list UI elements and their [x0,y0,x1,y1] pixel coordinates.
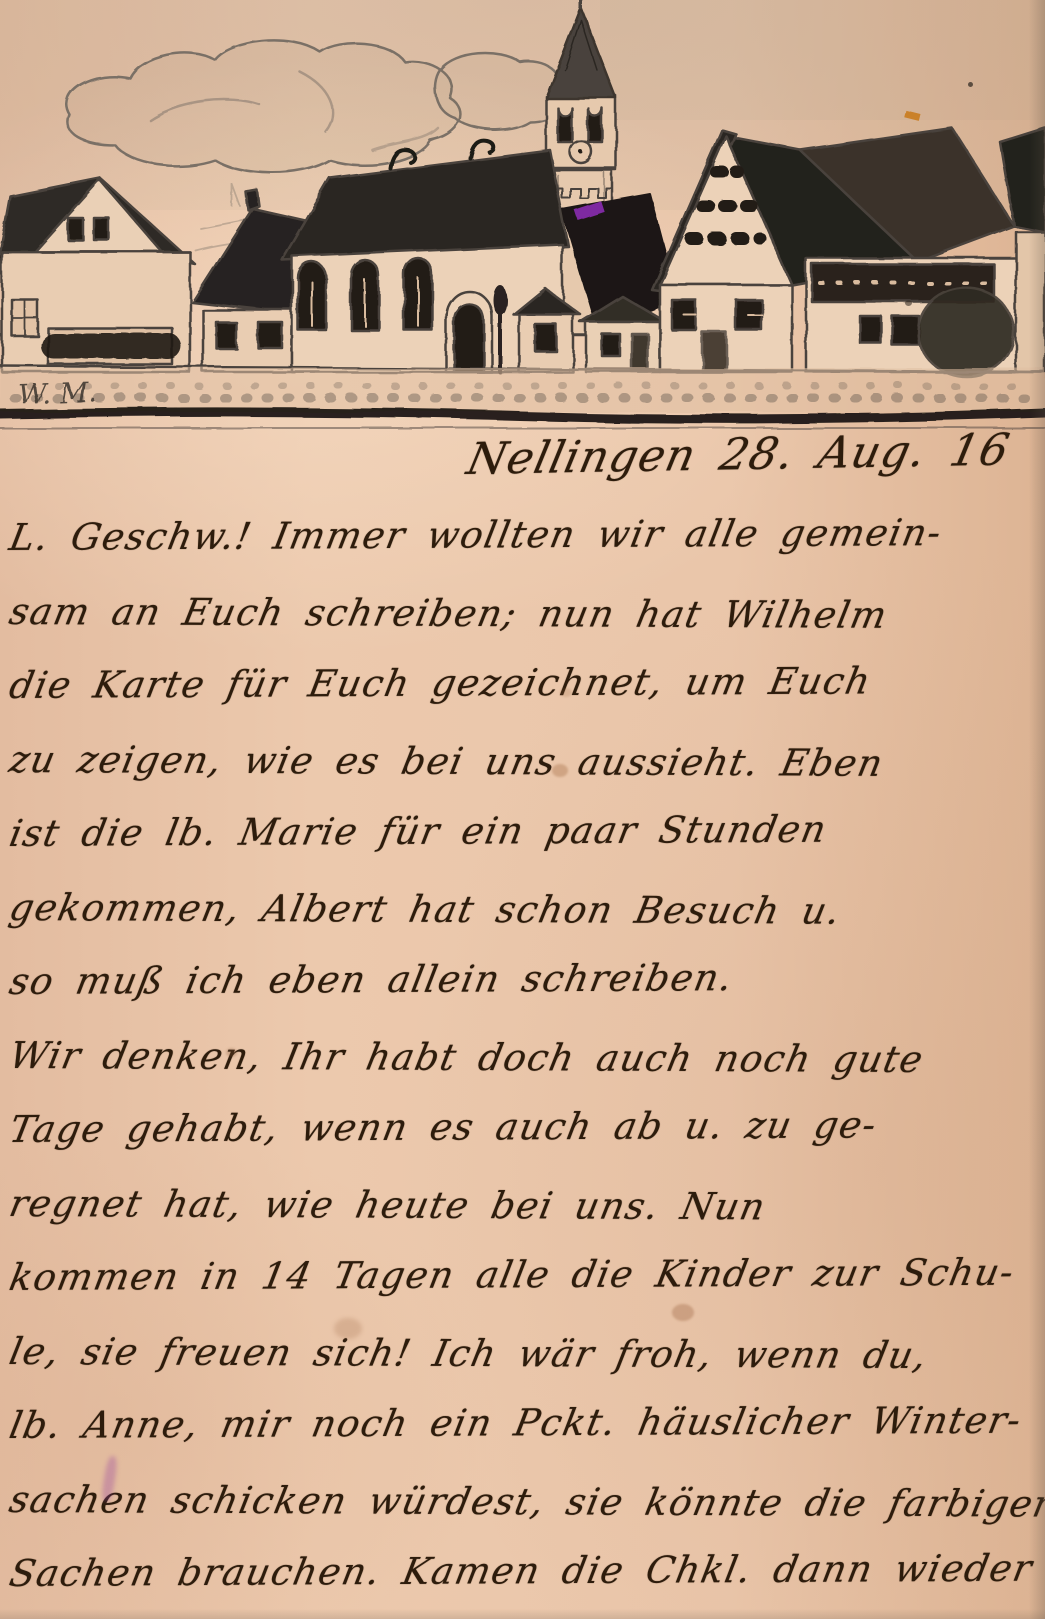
handwriting-line: sachen schicken würdest, sie könnte die … [6,1478,1039,1527]
handwriting-line: Tage gehabt, wenn es auch ab u. zu ge- [6,1103,1040,1153]
handwriting-line: ist die lb. Marie für ein paar Stunden [6,807,1040,857]
letter-body: L. Geschw.! Immer wollten wir alle gemei… [0,0,1045,1619]
handwriting-line: lb. Anne, mir noch ein Pckt. häuslicher … [6,1399,1040,1449]
handwriting-line: Sachen brauchen. Kamen die Chkl. dann wi… [6,1547,1040,1597]
handwriting-line: die Karte für Euch gezeichnet, um Euch [6,659,1040,709]
handwriting-line: kommen in 14 Tagen alle die Kinder zur S… [6,1251,1040,1301]
handwriting-line: so muß ich eben allein schreiben. [6,955,1040,1005]
handwriting-line: le, sie freuen sich! Ich wär froh, wenn … [6,1330,1039,1379]
handwriting-line: L. Geschw.! Immer wollten wir alle gemei… [6,511,1040,561]
handwriting-line: sam an Euch schreiben; nun hat Wilhelm [6,590,1039,639]
handwriting-line: regnet hat, wie heute bei uns. Nun [6,1182,1039,1231]
scan-edge-shadow [1029,0,1045,1619]
handwriting-line: zu zeigen, wie es bei uns aussieht. Eben [6,738,1039,787]
postcard-scan: W. M. Nellingen 28. Aug. 16 L. Geschw.! … [0,0,1045,1619]
scan-edge-shadow [0,1609,1045,1619]
handwriting-line: gekommen, Albert hat schon Besuch u. [6,886,1039,935]
handwriting-line: Wir denken, Ihr habt doch auch noch gute [6,1034,1039,1083]
